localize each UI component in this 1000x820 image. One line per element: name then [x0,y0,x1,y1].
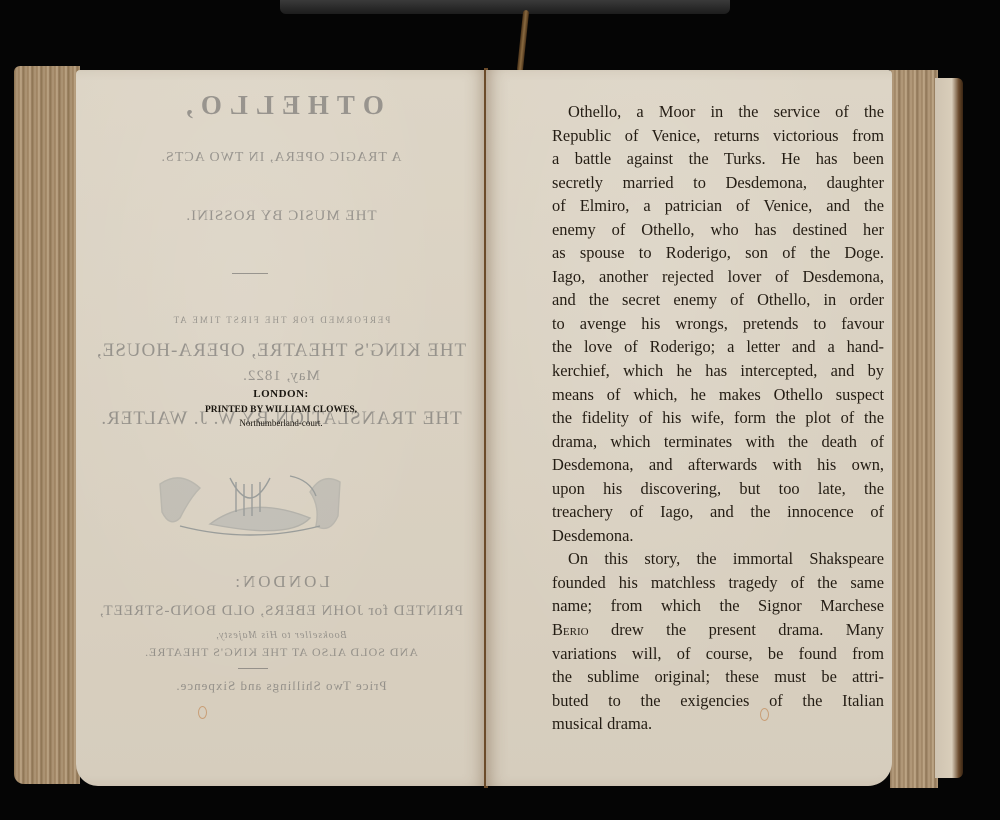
page-edges-left [14,66,80,784]
paragraph-1: Othello, a Moor in the service of theRep… [552,100,884,547]
text-line: treachery of Iago, and the innocence of [552,500,884,524]
text-line: as spouse to Roderigo, son of the Doge. [552,241,884,265]
bookmark-ribbon [517,10,529,72]
showthrough-performed: PERFORMED FOR THE FIRST TIME AT [76,315,486,325]
text-line: musical drama. [552,712,884,736]
text-line: buted to the exigencies of the Italian [552,689,884,713]
text-line: Desdemona, and afterwards with his own, [552,453,884,477]
showthrough-bookseller: Bookseller to His Majesty, [76,630,486,641]
text-line: the fidelity of his wife, form the plot … [552,406,884,430]
text-line: secretly married to Desdemona, daughter [552,171,884,195]
imprint-printer: PRINTED BY WILLIAM CLOWES, [76,405,486,415]
showthrough-date: May, 1822. [76,368,486,385]
text-line: to avenge his wrongs, pretends to favour [552,312,884,336]
text-line: name; from which the Signor Marchese [552,594,884,618]
showthrough-title: OTHELLO, [76,90,486,121]
showthrough-price: Price Two Shillings and Sixpence. [76,678,486,694]
text-line: means of which, he makes Othello suspect [552,383,884,407]
text-line: variations will, of course, be found fro… [552,642,884,666]
text-line: founded his matchless tragedy of the sam… [552,571,884,595]
text-line: the sublime original; these must be attr… [552,665,884,689]
text-line: Republic of Venice, returns victorious f… [552,124,884,148]
imprint-city: LONDON: [76,388,486,400]
text-line: and the secret enemy of Othello, in orde… [552,288,884,312]
showthrough-rule-2 [238,668,268,669]
showthrough-subtitle: A TRAGIC OPERA, IN TWO ACTS. [76,150,486,166]
text-line: the love of Roderigo; a letter and a han… [552,335,884,359]
text-line: Othello, a Moor in the service of the [552,100,884,124]
showthrough-london: LONDON: [76,572,486,592]
text-line: kerchief, which he has intercepted, and … [552,359,884,383]
book-strap [280,0,730,14]
page-edges-right [890,70,938,788]
foxing-spot [198,706,207,719]
showthrough-sold: AND SOLD ALSO AT THE KING'S THEATRE. [76,645,486,660]
text-line: of Elmiro, a patrician of Venice, and th… [552,194,884,218]
showthrough-printed-for: PRINTED for JOHN EBERS, OLD BOND-STREET, [76,603,486,620]
showthrough-theatre: THE KING'S THEATRE, OPERA-HOUSE, [76,340,486,362]
right-page: Othello, a Moor in the service of theRep… [486,70,892,786]
lyre-ornament-icon [150,464,350,544]
synopsis-text: Othello, a Moor in the service of theRep… [552,100,884,736]
text-line: Iago, another rejected lover of Desdemon… [552,265,884,289]
showthrough-rule [232,273,268,274]
back-cover-edge [935,78,963,778]
showthrough-music: THE MUSIC BY ROSSINI. [76,208,486,225]
imprint-address: Northumberland-court. [76,418,486,428]
text-line: enemy of Othello, who has destined her [552,218,884,242]
text-line: drama, which terminates with the death o… [552,430,884,454]
text-line: On this story, the immortal Shakspeare [552,547,884,571]
left-page: OTHELLO, A TRAGIC OPERA, IN TWO ACTS. TH… [76,70,486,786]
text-line: upon his discovering, but too late, the [552,477,884,501]
foxing-spot [760,708,769,721]
text-line: Berio drew the present drama. Many [552,618,884,642]
text-line: Desdemona. [552,524,884,548]
text-line: a battle against the Turks. He has been [552,147,884,171]
paragraph-2: On this story, the immortal Shakspearefo… [552,547,884,735]
